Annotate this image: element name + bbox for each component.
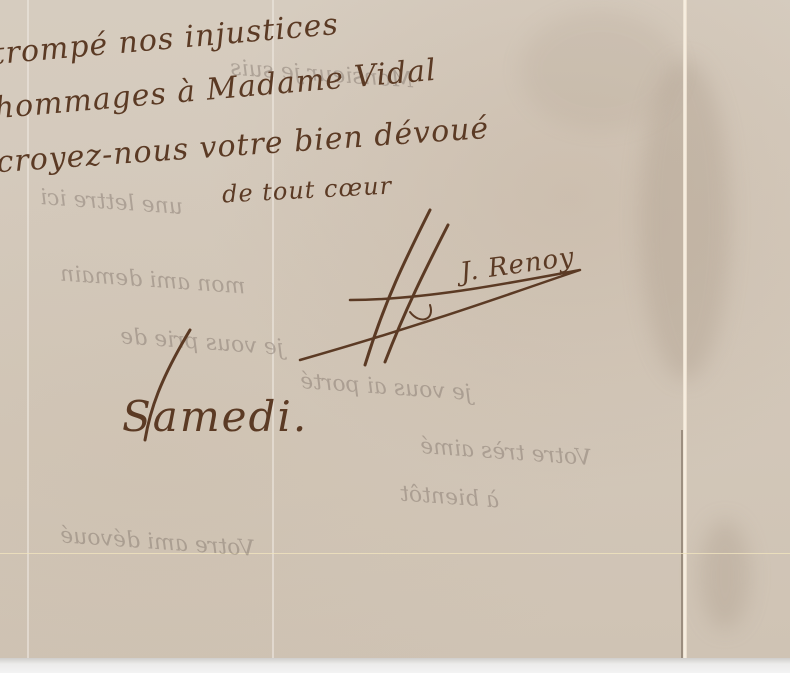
scan-border	[0, 658, 790, 673]
signature-flourish	[0, 0, 790, 658]
letter-page: Monsieur je suis une lettre ici mon ami …	[0, 0, 790, 658]
dateline: Samedi.	[122, 392, 308, 441]
